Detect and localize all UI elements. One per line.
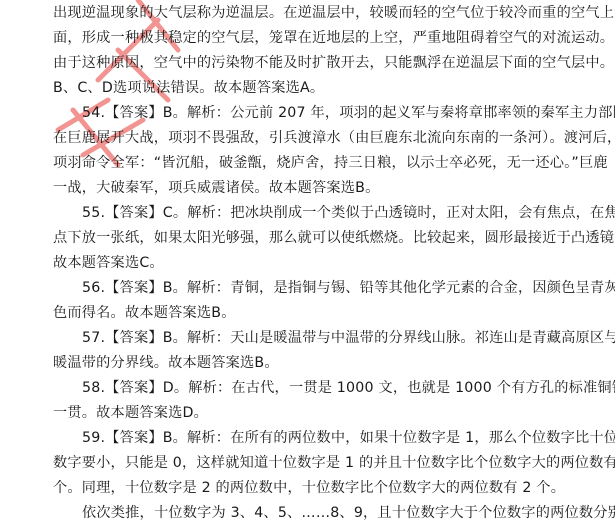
answer-54-heading: 54.【答案】B。解析：公元前 207 年，项羽的起义军与秦将章邯率领的秦军主力… <box>82 104 615 122</box>
text-line: 依次类推，十位数字为 3、4、5、……8、9，且十位数字大于个位数字的两位数分别… <box>82 504 615 522</box>
text-line: 在巨鹿展开大战，项羽不畏强敌，引兵渡漳水（由巨鹿东北流向东南的一条河）。渡河后， <box>53 129 615 147</box>
text-line: 一战，大破秦军，项兵威震诸侯。故本题答案选B。 <box>53 179 379 197</box>
text-line: 面，形成一种极其稳定的空气层，笼罩在近地层的上空，严重地阻碍着空气的对流运动。 <box>53 29 614 47</box>
text-line: 项羽命令全军：“皆沉船，破釜甑，烧庐舍，持三日粮，以示士卒必死，无一还心。”巨鹿 <box>53 154 608 172</box>
document-page: 出现逆温现象的大气层称为逆温层。在逆温层中，较暖而轻的空气位于较冷而重的空气上 … <box>0 0 615 528</box>
text-line: 数字要小，只能是 0，这样就知道十位数字是 1 的并且十位数字比个位数字大的两位… <box>53 454 615 472</box>
text-line: B、C、D选项说法错误。故本题答案选A。 <box>53 79 324 97</box>
text-line: 色而得名。故本题答案选B。 <box>53 304 236 322</box>
answer-58-heading: 58.【答案】D。解析：在古代，一贯是 1000 文，也就是 1000 个有方孔… <box>82 379 615 397</box>
answer-57-heading: 57.【答案】B。解析：天山是暖温带与中温带的分界线山脉。祁连山是青藏高原区与 <box>82 329 615 347</box>
text-line: 个。同理，十位数字是 2 的两位数中，十位数字比个位数字大的两位数有 2 个。 <box>53 479 565 497</box>
text-line: 出现逆温现象的大气层称为逆温层。在逆温层中，较暖而轻的空气位于较冷而重的空气上 <box>53 4 614 22</box>
text-line: 点下放一张纸，如果太阳光够强，那么就可以使纸燃烧。比较起来，圆形最接近于凸透镜， <box>53 229 615 247</box>
answer-56-heading: 56.【答案】B。解析：青铜，是指铜与锡、铅等其他化学元素的合金，因颜色呈青灰 <box>82 279 615 297</box>
text-line: 一贯。故本题答案选D。 <box>53 404 208 422</box>
text-line: 由于这种原因，空气中的污染物不能及时扩散开去，只能飘浮在逆温层下面的空气层中。 <box>53 54 614 72</box>
text-line: 暖温带的分界线。故本题答案选B。 <box>53 354 279 372</box>
text-line: 故本题答案选C。 <box>53 254 164 272</box>
answer-55-heading: 55.【答案】C。解析：把冰块削成一个类似于凸透镜时，正对太阳，会有焦点，在焦 <box>82 204 615 222</box>
answer-59-heading: 59.【答案】B。解析：在所有的两位数中，如果十位数字是 1，那么个位数字比十位 <box>82 429 615 447</box>
